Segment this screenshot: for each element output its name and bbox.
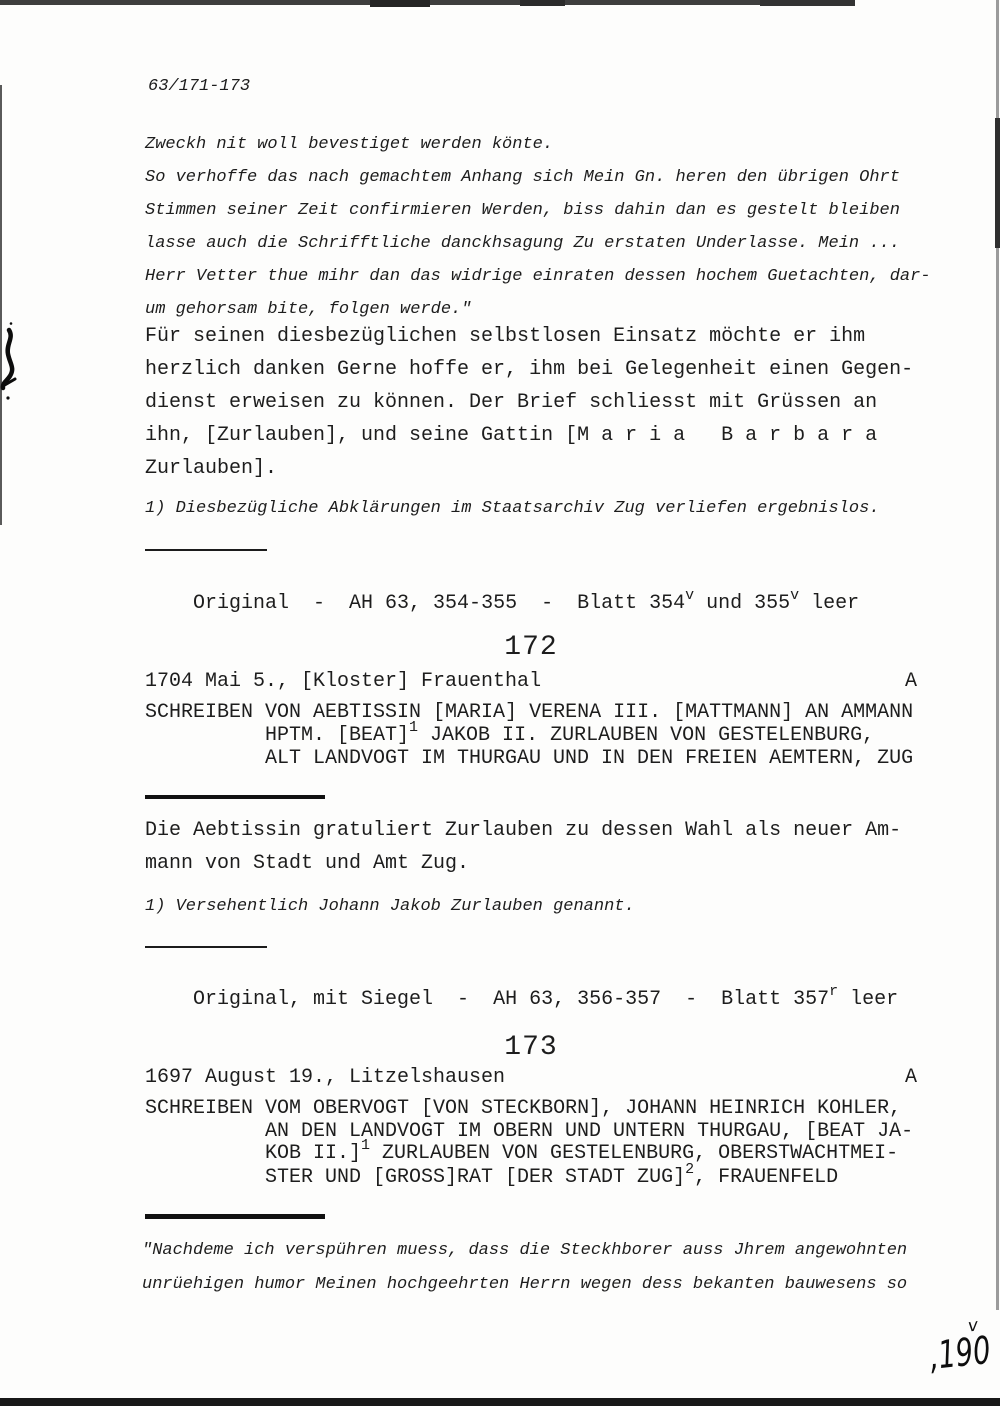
heading-line: STER UND [GROSS]RAT [DER STADT ZUG]2, FR… (145, 1167, 913, 1191)
quote-line: lasse auch die Schrifftliche danckhsagun… (145, 227, 931, 260)
date-place-row-172: 1704 Mai 5., [Kloster] Frauenthal A (145, 670, 917, 694)
heading-line: SCHREIBEN VON AEBTISSIN [MARIA] VERENA I… (145, 702, 913, 725)
heading-line: ALT LANDVOGT IM THURGAU UND IN DEN FREIE… (145, 748, 913, 771)
footnote-ref-superscript: 2 (685, 1161, 694, 1178)
entry-171-quote-block: Zweckh nit woll bevestiget werden könte.… (145, 128, 931, 326)
heading-line: KOB II.]1 ZURLAUBEN VON GESTELENBURG, OB… (145, 1143, 913, 1167)
footnote-ref-superscript: 1 (409, 719, 418, 736)
heading-text: , FRAUENFELD (694, 1166, 838, 1189)
entry-number-172: 172 (145, 633, 917, 663)
ink-blot (0, 322, 20, 407)
heading-line: SCHREIBEN VOM OBERVOGT [VON STECKBORN], … (145, 1098, 913, 1121)
entry-number-173: 173 (145, 1033, 917, 1063)
quote-line: unrüehigen humor Meinen hochgeehrten Her… (142, 1268, 907, 1302)
summary-line: mann von Stadt und Amt Zug. (145, 847, 901, 880)
heading-text: STER UND [GROSS]RAT [DER STADT ZUG] (265, 1166, 685, 1189)
scan-edge-bottom (0, 1398, 1000, 1406)
date-place-row-173: 1697 August 19., Litzelshausen A (145, 1066, 917, 1090)
folio-superscript: v (685, 587, 694, 604)
entry-173-heading-block: SCHREIBEN VOM OBERVOGT [VON STECKBORN], … (145, 1098, 913, 1190)
summary-line: Für seinen diesbezüglichen selbstlosen E… (145, 320, 913, 353)
quote-line: Herr Vetter thue mihr dan das widrige ei… (145, 260, 931, 293)
quote-line: "Nachdeme ich verspühren muess, dass die… (142, 1234, 907, 1268)
folio-superscript: v (790, 587, 799, 604)
scan-edge-right-dark-segment (995, 118, 1000, 248)
summary-line: Zurlauben]. (145, 452, 913, 485)
date-place-173: 1697 August 19., Litzelshausen (145, 1066, 505, 1090)
divider-rule (145, 549, 267, 551)
footnote-ref-superscript: 1 (361, 1137, 370, 1154)
source-text: Original - AH 63, 354-355 - Blatt 354 (193, 592, 685, 615)
heading-text: JAKOB II. ZURLAUBEN VON GESTELENBURG, (418, 724, 874, 747)
source-text: leer (799, 592, 859, 615)
scan-edge-top-dark-patch (520, 0, 565, 6)
page-header-ref: 63/171-173 (148, 70, 250, 103)
folio-superscript: r (829, 983, 838, 1000)
quote-line: Zweckh nit woll bevestiget werden könte. (145, 128, 931, 161)
divider-rule (145, 946, 267, 948)
quote-line: Stimmen seiner Zeit confirmieren Werden,… (145, 194, 931, 227)
marginal-letter-173: A (905, 1066, 917, 1090)
entry-171-summary-block: Für seinen diesbezüglichen selbstlosen E… (145, 320, 913, 485)
summary-line: ihn, [Zurlauben], und seine Gattin [M a … (145, 419, 913, 452)
heading-text: HPTM. [BEAT] (265, 724, 409, 747)
scan-edge-left (0, 85, 2, 525)
marginal-letter-172: A (905, 670, 917, 694)
entry-172-heading-block: SCHREIBEN VON AEBTISSIN [MARIA] VERENA I… (145, 702, 913, 771)
source-text: und 355 (694, 592, 790, 615)
footnote-171: 1) Diesbezügliche Abklärungen im Staatsa… (145, 492, 880, 525)
divider-rule (145, 1214, 325, 1219)
heading-line: AN DEN LANDVOGT IM OBERN UND UNTERN THUR… (145, 1121, 913, 1144)
heading-text: KOB II.] (265, 1142, 361, 1165)
summary-line: herzlich danken Gerne hoffe er, ihm bei … (145, 353, 913, 386)
handwritten-page-number: ,190 (927, 1328, 992, 1378)
footnote-172: 1) Versehentlich Johann Jakob Zurlauben … (145, 890, 635, 923)
scan-edge-top-dark-patch (370, 0, 430, 7)
entry-172-summary-block: Die Aebtissin gratuliert Zurlauben zu de… (145, 814, 901, 880)
quote-line: So verhoffe das nach gemachtem Anhang si… (145, 161, 931, 194)
document-page: 63/171-173 Zweckh nit woll bevestiget we… (0, 0, 1000, 1406)
summary-line: Die Aebtissin gratuliert Zurlauben zu de… (145, 814, 901, 847)
entry-173-quote-block: "Nachdeme ich verspühren muess, dass die… (142, 1234, 907, 1302)
source-text: leer (838, 988, 898, 1011)
scan-edge-top-dark-patch (760, 0, 855, 6)
summary-line: dienst erweisen zu können. Der Brief sch… (145, 386, 913, 419)
heading-line: HPTM. [BEAT]1 JAKOB II. ZURLAUBEN VON GE… (145, 725, 913, 749)
heading-text: ZURLAUBEN VON GESTELENBURG, OBERSTWACHTM… (370, 1142, 898, 1165)
divider-rule (145, 795, 325, 799)
date-place-172: 1704 Mai 5., [Kloster] Frauenthal (145, 670, 541, 694)
source-text: Original, mit Siegel - AH 63, 356-357 - … (193, 988, 829, 1011)
